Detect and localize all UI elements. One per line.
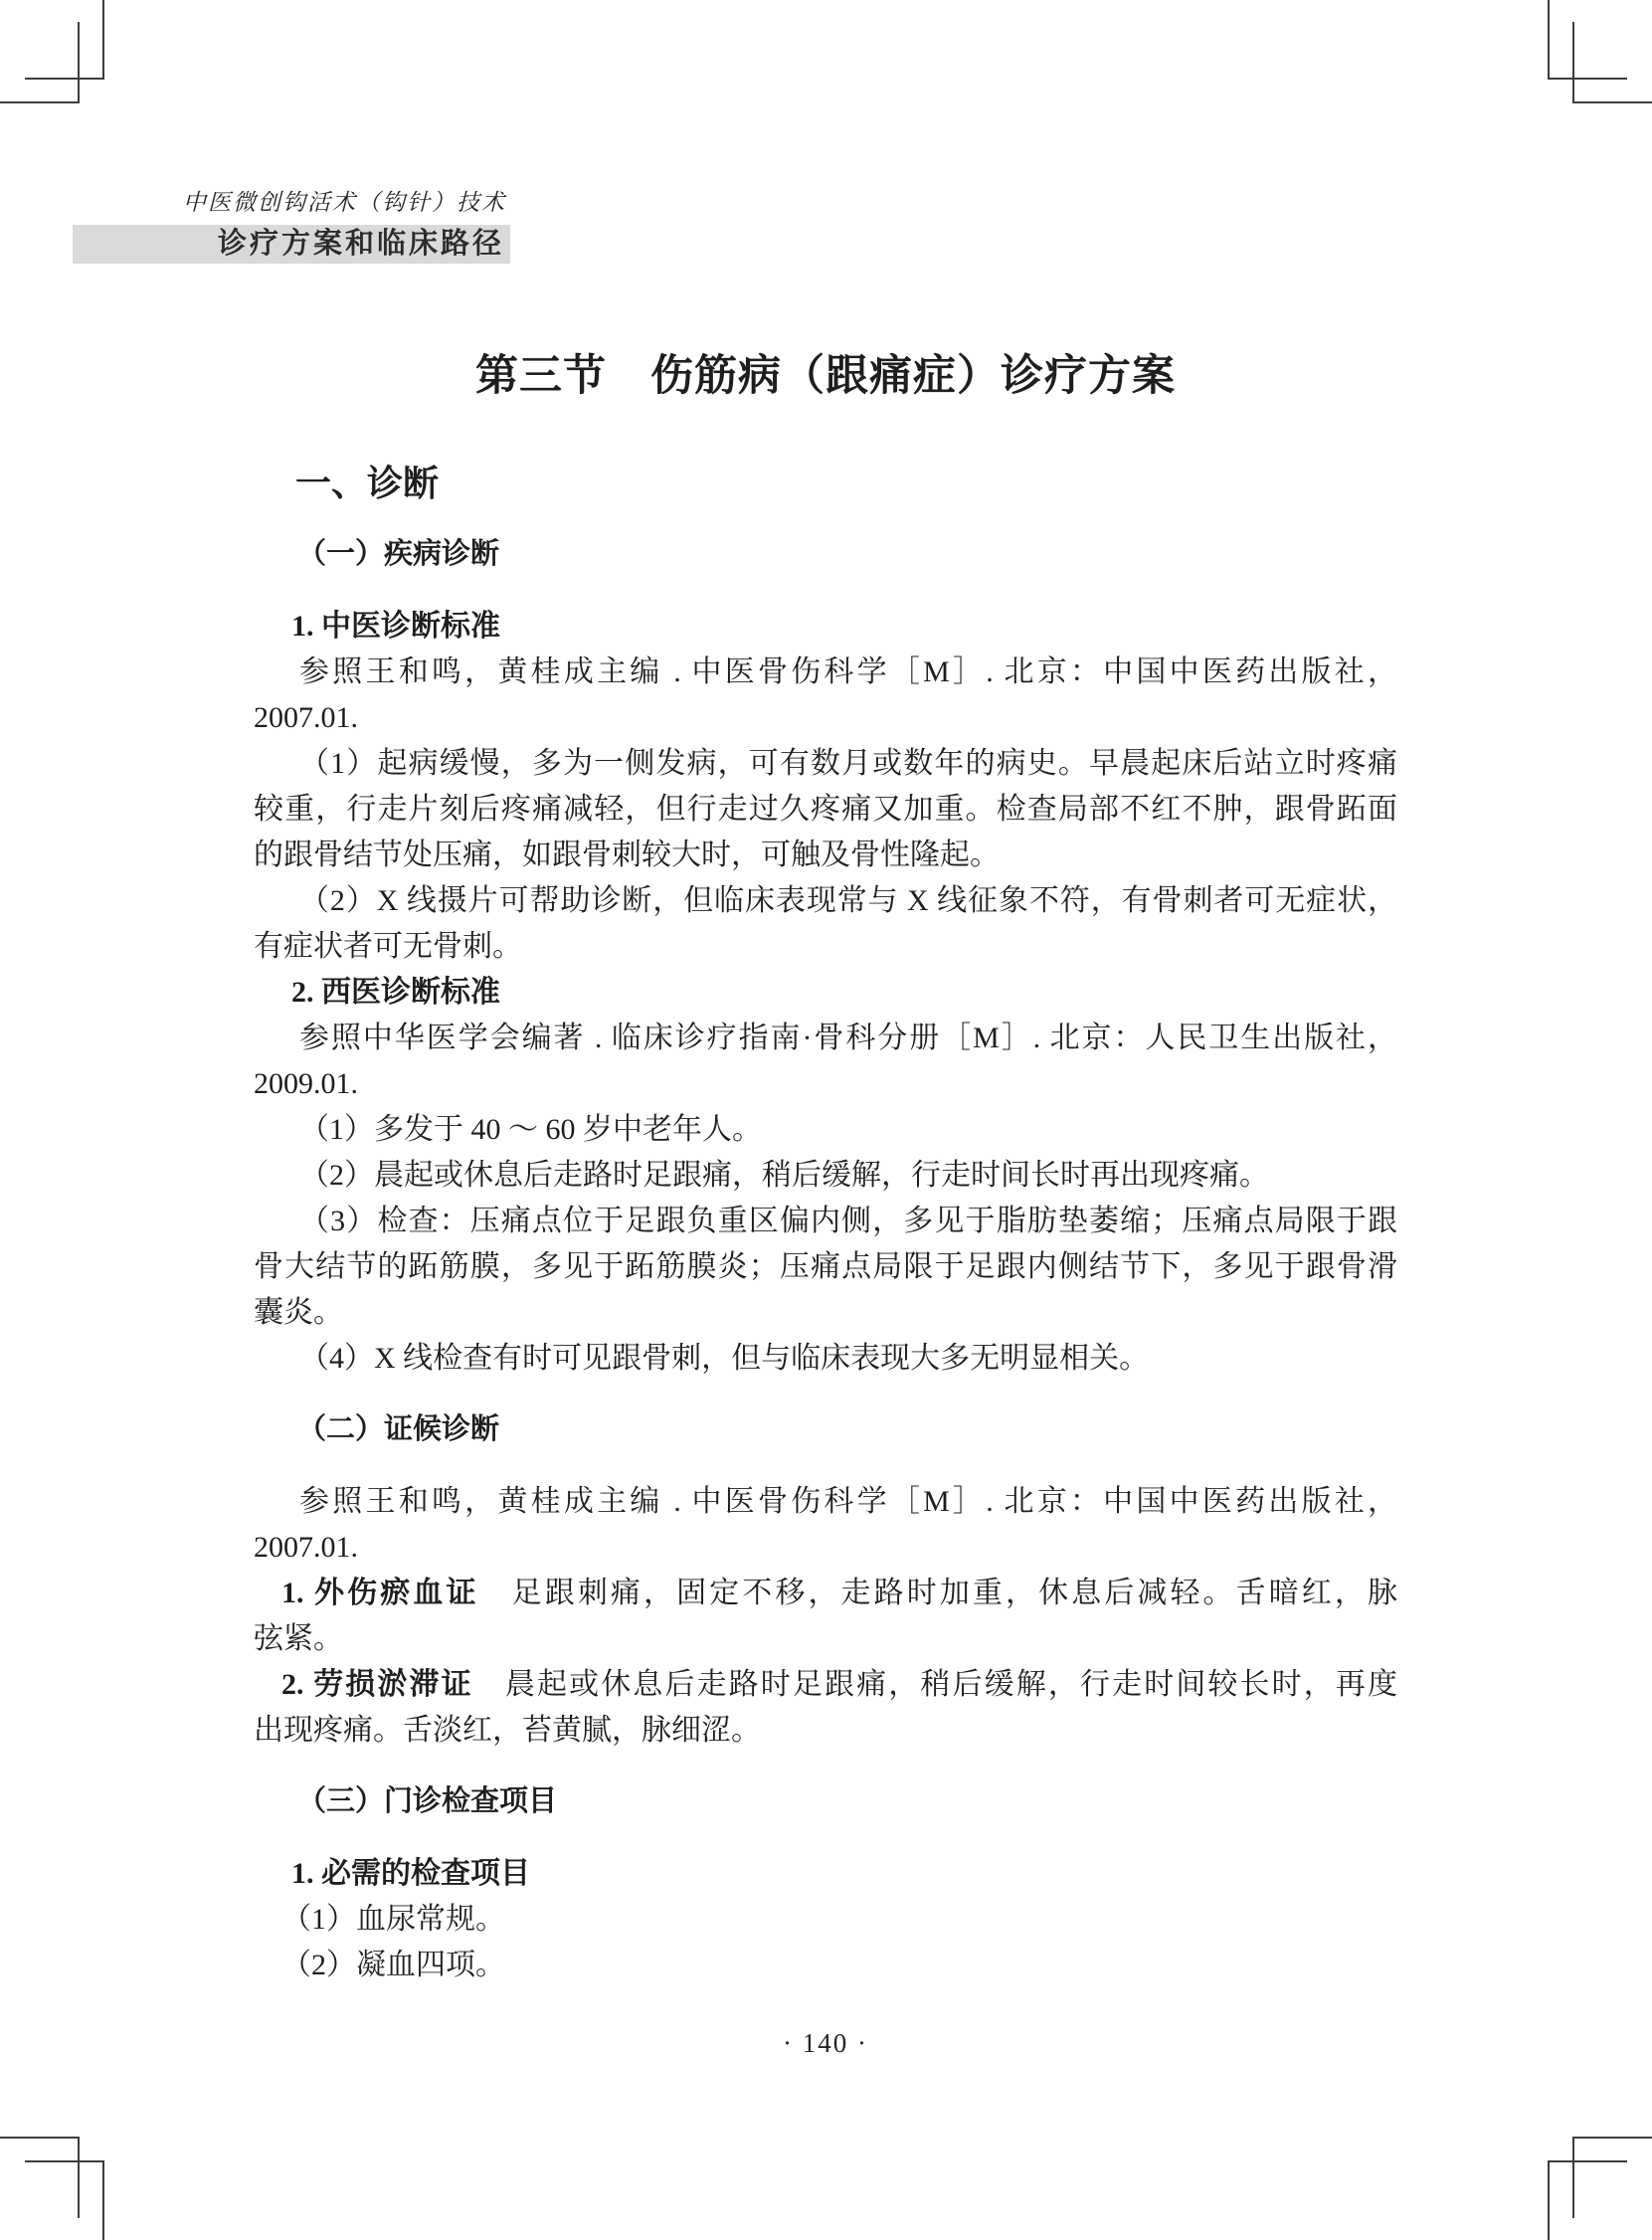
document-page: 中医微创钩活术（钩针）技术 诊疗方案和临床路径 第三节 伤筋病（跟痛症）诊疗方案… <box>0 0 1652 2240</box>
sub-heading: 1. 中医诊断标准 <box>254 604 1397 650</box>
text-line: 参照王和鸣，黄桂成主编 . 中医骨伤科学［M］. 北京：中国中医药出版社， <box>254 1479 1397 1525</box>
section-heading-2: （三）门诊检查项目 <box>254 1781 1397 1821</box>
text-line: （1）起病缓慢，多为一侧发病，可有数月或数年的病史。早晨起床后站立时疼痛 <box>254 741 1397 787</box>
text-line: （2）晨起或休息后走路时足跟痛，稍后缓解，行走时间长时再出现疼痛。 <box>254 1153 1397 1199</box>
text-line: （4）X 线检查有时可见跟骨刺，但与临床表现大多无明显相关。 <box>254 1336 1397 1382</box>
text-line: 骨大结节的跖筋膜，多见于跖筋膜炎；压痛点局限于足跟内侧结节下，多见于跟骨滑 <box>254 1244 1397 1290</box>
crop-mark-top-right-inner <box>1572 22 1652 103</box>
text-line: 的跟骨结节处压痛，如跟骨刺较大时，可触及骨性隆起。 <box>254 833 1397 878</box>
text-line: 弦紧。 <box>254 1616 1397 1662</box>
sub-heading: 2. 西医诊断标准 <box>254 970 1397 1016</box>
text-line: （1）多发于 40 ～ 60 岁中老年人。 <box>254 1107 1397 1153</box>
text-line: （2）凝血四项。 <box>254 1943 1397 1988</box>
text-line: 参照中华医学会编著 . 临床诊疗指南·骨科分册［M］. 北京：人民卫生出版社， <box>254 1016 1397 1061</box>
text-line: 参照王和鸣，黄桂成主编 . 中医骨伤科学［M］. 北京：中国中医药出版社， <box>254 650 1397 695</box>
text-line: 囊炎。 <box>254 1290 1397 1336</box>
text-line: （3）检查：压痛点位于足跟负重区偏内侧，多见于脂肪垫萎缩；压痛点局限于跟 <box>254 1199 1397 1244</box>
text-line: 2009.01. <box>254 1061 1397 1107</box>
text-line: 较重，行走片刻后疼痛减轻，但行走过久疼痛又加重。检查局部不红不肿，跟骨跖面 <box>254 787 1397 833</box>
content-column: 第三节 伤筋病（跟痛症）诊疗方案 一、诊断（一）疾病诊断1. 中医诊断标准参照王… <box>254 0 1397 2060</box>
sub-heading: 1. 必需的检查项目 <box>254 1851 1397 1897</box>
text-line: 有症状者可无骨刺。 <box>254 924 1397 970</box>
text-line: （1）血尿常规。 <box>254 1897 1397 1943</box>
crop-mark-bottom-left-inner <box>0 2137 80 2218</box>
text-line: 2007.01. <box>254 1525 1397 1571</box>
section-heading-1: 一、诊断 <box>254 461 1397 506</box>
crop-mark-top-left-inner <box>0 22 80 103</box>
page-number: · 140 · <box>254 2026 1397 2060</box>
section-title: 第三节 伤筋病（跟痛症）诊疗方案 <box>254 351 1397 403</box>
body-text: 一、诊断（一）疾病诊断1. 中医诊断标准参照王和鸣，黄桂成主编 . 中医骨伤科学… <box>254 461 1397 1988</box>
text-line: 2007.01. <box>254 695 1397 741</box>
text-line: 1. 外伤瘀血证 足跟刺痛，固定不移，走路时加重，休息后减轻。舌暗红，脉 <box>254 1571 1397 1616</box>
section-heading-2: （一）疾病诊断 <box>254 534 1397 574</box>
text-line: 出现疼痛。舌淡红，苔黄腻，脉细涩。 <box>254 1708 1397 1754</box>
text-line: 2. 劳损淤滞证 晨起或休息后走路时足跟痛，稍后缓解，行走时间较长时，再度 <box>254 1662 1397 1708</box>
text-line: （2）X 线摄片可帮助诊断，但临床表现常与 X 线征象不符，有骨刺者可无症状， <box>254 878 1397 924</box>
section-heading-2: （二）证候诊断 <box>254 1409 1397 1449</box>
crop-mark-bottom-right-inner <box>1572 2137 1652 2218</box>
